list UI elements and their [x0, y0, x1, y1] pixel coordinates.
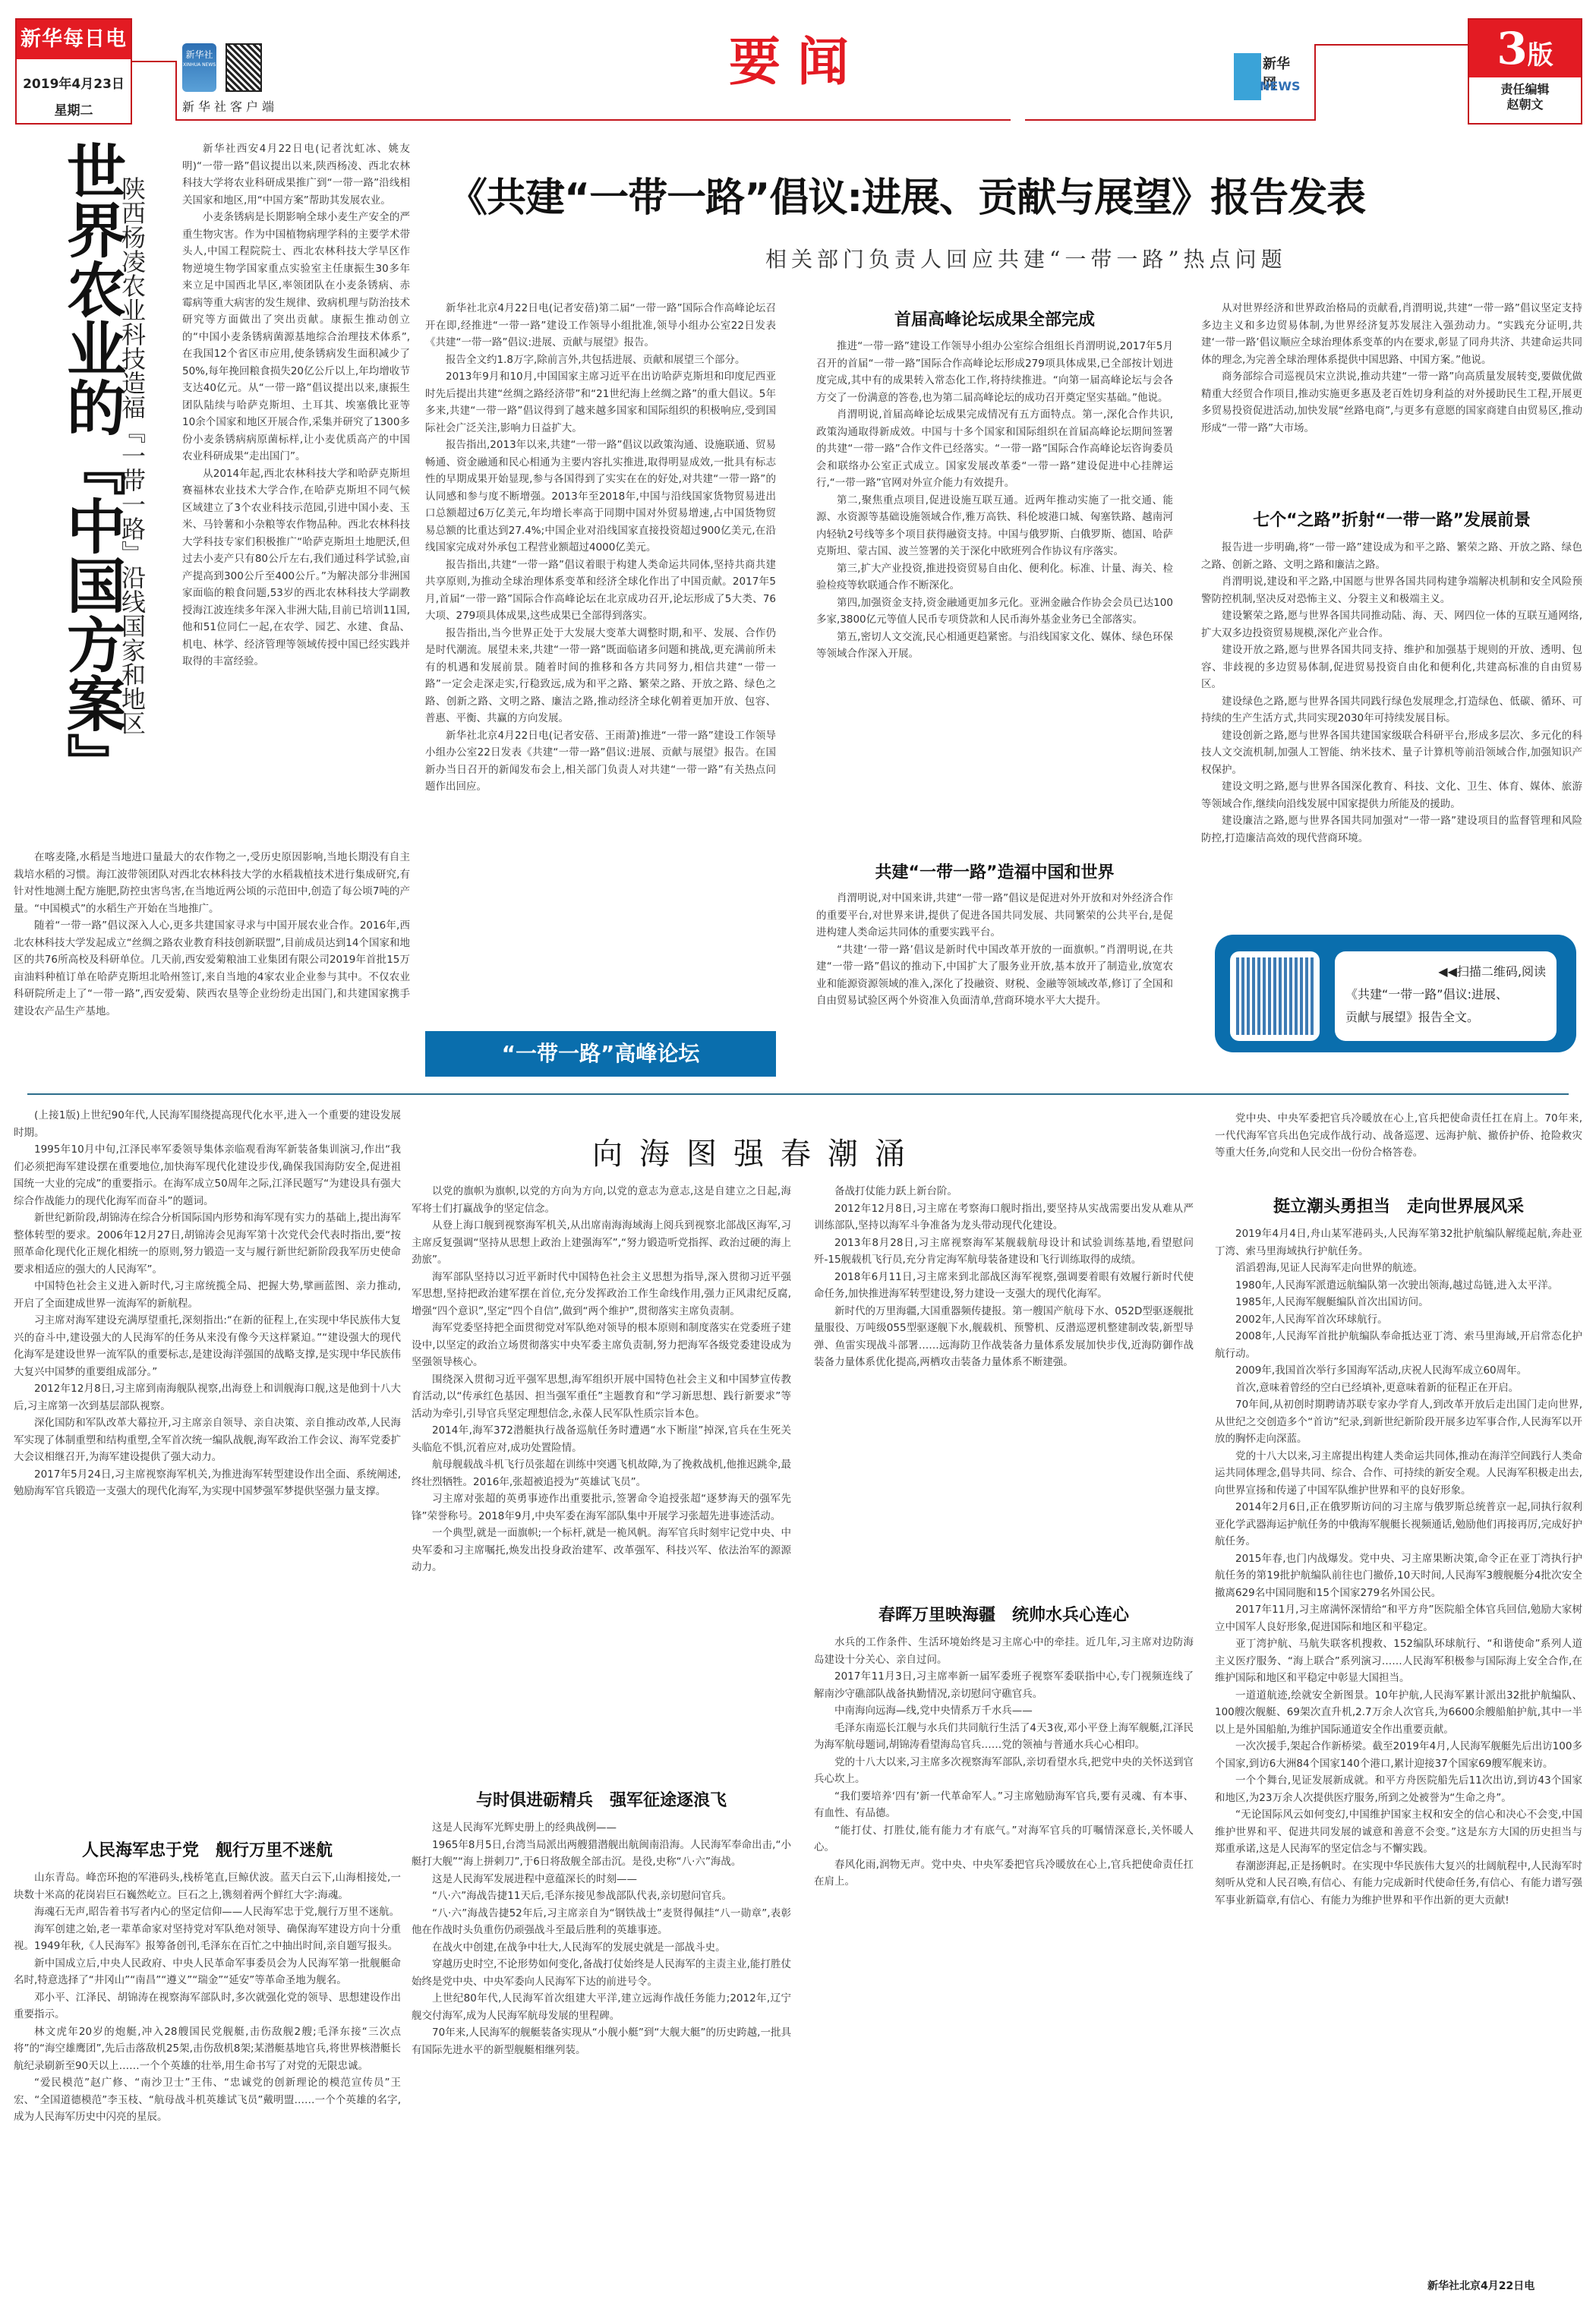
paragraph: 在喀麦隆,水稻是当地进口量最大的农作物之一,受历史原因影响,当地长期没有自主栽培… — [14, 849, 410, 917]
paragraph: “我们要培养‘四有’新一代革命军人。”习主席勉励海军官兵,要有灵魂、有本事、有血… — [814, 1788, 1194, 1822]
masthead-rule — [175, 61, 177, 120]
paragraph: 穿越历史时空,不论形势如何变化,备战打仗始终是人民海军的主责主业,能打胜仗始终是… — [412, 1956, 791, 1990]
paragraph: 上世纪80年代,人民海军首次组建大平洋,建立远海作战任务能力;2012年,辽宁舰… — [412, 1990, 791, 2024]
masthead-rule — [131, 61, 176, 62]
navy-col2b: 这是人民海军光辉史册上的经典战例—— 1965年8月5日,台湾当局派出两艘猎潜舰… — [412, 1819, 791, 2058]
paragraph: (上接1版)上世纪90年代,人民海军围绕提高现代化水平,进入一个重要的建设发展时… — [14, 1107, 401, 1141]
paragraph: “八·六”海战告捷11天后,毛泽东接见参战部队代表,亲切慰问官兵。 — [412, 1888, 791, 1905]
paragraph: 2017年5月24日,习主席视察海军机关,为推进海军转型建设作出全面、系统阐述,… — [14, 1466, 401, 1500]
bri-col2b: 肖渭明说,对中国来讲,共建“一带一路”倡议是促进对外开放和对外经济合作的重要平台… — [816, 890, 1173, 1010]
masthead-paper-box: 新华每日电讯 2019年4月23日 星期二 — [15, 18, 132, 125]
paragraph: 新世纪新阶段,胡锦涛在综合分析国际国内形势和海军现有实力的基础上,提出海军整体转… — [14, 1210, 401, 1278]
paragraph: 习主席对张超的英勇事迹作出重要批示,签署命令追授张超“逐梦海天的强军先锋”荣誉称… — [412, 1490, 791, 1525]
navy-headline: 向海图强春潮涌 — [592, 1130, 922, 1173]
paragraph: 1995年10月中旬,江泽民率军委领导集体亲临观看海军新装备集训演习,作出“我们… — [14, 1141, 401, 1210]
paragraph: 70年来,人民海军的舰艇装备实现从“小舰小艇”到“大舰大艇”的历史跨越,一批具有… — [412, 2024, 791, 2058]
news-logo-n-icon — [1234, 53, 1261, 100]
paragraph: 报告进一步明确,将“一带一路”建设成为和平之路、繁荣之路、开放之路、绿色之路、创… — [1201, 539, 1582, 573]
paragraph: 报告指出,2013年以来,共建“一带一路”倡议以政策沟通、设施联通、贸易畅通、资… — [425, 437, 776, 557]
app-icon-subtext: XINHUA NEWS — [182, 62, 216, 68]
paragraph: 建设创新之路,愿与世界各国共建国家级联合科研平台,形成多层次、多元化的科技人文交… — [1201, 727, 1582, 779]
paragraph: 新华社北京4月22日电(记者安蓓、王雨萧)推进“一带一路”建设工作领导小组办公室… — [425, 727, 776, 796]
bri-col3-subhead: 七个“之路”折射“一带一路”发展前景 — [1201, 507, 1582, 531]
paragraph: 2014年,海军372潜艇执行战备巡航任务时遭遇“水下断崖”掉深,官兵在生死关头… — [412, 1422, 791, 1456]
paragraph: 第四,加强资金支持,资金融通更加多元化。亚洲金融合作协会会员已达100多家,38… — [816, 595, 1173, 629]
agri-headline: 世界农业的『中国方案』 — [34, 140, 125, 792]
paragraph: 新中国成立后,中央人民政府、中央人民革命军事委员会为人民海军第一批舰艇命名时,特… — [14, 1955, 401, 1989]
paragraph: 建设开放之路,愿与世界各国共同支持、维护和加强基于规则的开放、透明、包容、非歧视… — [1201, 642, 1582, 693]
dateline-signature: 新华社北京4月22日电 — [1427, 2278, 1534, 2293]
qr-promo-line2: 《共建“一带一路”倡议:进展、 — [1345, 983, 1546, 1006]
qr-promo-line3: 贡献与展望》报告全文。 — [1345, 1006, 1546, 1029]
paragraph: 林文虎年20岁的炮艇,冲入28艘国民党舰艇,击伤敌舰2艘;毛泽东接“三次点将”的… — [14, 2023, 401, 2075]
editor-name: 赵朝文 — [1469, 97, 1581, 112]
navy-col3-subhead: 春晖万里映海疆 统帅水兵心连心 — [814, 1602, 1194, 1626]
navy-col3b: 水兵的工作条件、生活环境始终是习主席心中的牵挂。近几年,习主席对边防海岛建设十分… — [814, 1634, 1194, 1891]
paragraph: 1980年,人民海军派遣远航编队第一次驶出领海,越过岛链,进入太平洋。 — [1215, 1277, 1582, 1295]
paragraph: 2012年12月8日,习主席到南海舰队视察,出海登上和训舰海口舰,这是他到十八大… — [14, 1380, 401, 1415]
paragraph: 海军党委坚持把全面贯彻党对军队绝对领导的根本原则和制度落实在党委班子建设中,以坚… — [412, 1320, 791, 1371]
paragraph: 一个典型,就是一面旗帜;一个标杆,就是一桅风帆。海军官兵时刻牢记党中央、中央军委… — [412, 1525, 791, 1576]
paragraph: 在战火中创建,在战争中壮大,人民海军的发展史就是一部战斗史。 — [412, 1939, 791, 1957]
bri-col2: 推进“一带一路”建设工作领导小组办公室综合组组长肖渭明说,2017年5月召开的首… — [816, 338, 1173, 663]
xinhua-app-icon[interactable]: 新华社 XINHUA NEWS — [182, 43, 216, 92]
paper-name: 新华每日电讯 — [17, 20, 131, 59]
navy-col3: 备战打仗能力跃上新台阶。 2012年12月8日,习主席在考察海口舰时指出,要坚持… — [814, 1183, 1194, 1371]
paragraph: 党的十八大以来,习主席多次视察海军部队,亲切看望水兵,把党中央的关怀送到官兵心坎… — [814, 1754, 1194, 1788]
paragraph: 第三,扩大产业投资,推进投资贸易自由化、便利化。标准、计量、海关、检验检疫等软联… — [816, 560, 1173, 595]
paragraph: 商务部综合司巡视员宋立洪说,推动共建“一带一路”向高质量发展转变,要做优做精重大… — [1201, 368, 1582, 437]
paragraph: 报告全文约1.8万字,除前言外,共包括进展、贡献和展望三个部分。 — [425, 352, 776, 369]
paragraph: 航母舰载战斗机飞行员张超在训练中突遇飞机故障,为了挽救战机,他推迟跳伞,最终壮烈… — [412, 1456, 791, 1490]
navy-col1: (上接1版)上世纪90年代,人民海军围绕提高现代化水平,进入一个重要的建设发展时… — [14, 1107, 401, 1500]
paragraph: 海军部队坚持以习近平新时代中国特色社会主义思想为指导,深入贯彻习近平强军思想,坚… — [412, 1269, 791, 1320]
bri-col2-subhead2: 共建“一带一路”造福中国和世界 — [816, 860, 1173, 883]
paragraph: 山东青岛。峰峦环抱的军港码头,栈桥笔直,巨鲸伏波。蓝天白云下,山海相接处,一块数… — [14, 1869, 401, 1904]
qr-promo-line1: ◀◀扫描二维码,阅读 — [1345, 960, 1546, 983]
paragraph: 第五,密切人文交流,民心相通更趋紧密。与沿线国家文化、媒体、绿色环保等领域合作深… — [816, 629, 1173, 663]
page-number: 3 — [1497, 23, 1527, 74]
paragraph: 一个个舞台,见证发展新成就。和平方舟医院船先后11次出访,到访43个国家和地区,… — [1215, 1772, 1582, 1806]
bri-headline: 《共建“一带一路”倡议:进展、贡献与展望》报告发表 — [448, 166, 1365, 222]
paragraph: 中国特色社会主义进入新时代,习主席统揽全局、把握大势,擘画蓝图、亲力推动,开启了… — [14, 1278, 401, 1312]
paragraph: 党的十八大以来,习主席提出构建人类命运共同体,推动在海洋空间践行人类命运共同体理… — [1215, 1448, 1582, 1500]
paragraph: 海军创建之始,老一辈革命家对坚持党对军队绝对领导、确保海军建设方向十分重视。19… — [14, 1921, 401, 1955]
navy-col4: 党中央、中央军委把官兵冷暖放在心上,官兵把使命责任扛在肩上。70年来,一代代海军… — [1215, 1110, 1582, 1162]
paragraph: 2008年,人民海军首批护航编队奉命抵达亚丁湾、索马里海域,开启常态化护航行动。 — [1215, 1328, 1582, 1362]
masthead-rule — [1025, 119, 1315, 121]
paragraph: 春风化雨,润物无声。党中央、中央军委把官兵冷暖放在心上,官兵把使命责任扛在肩上。 — [814, 1856, 1194, 1891]
paragraph: 从登上海口舰到视察海军机关,从出席南海海域海上阅兵到视察北部战区海军,习主席反复… — [412, 1217, 791, 1269]
xinhuanet-news-logo: 新华网 NEWS — [1234, 46, 1301, 100]
paragraph: 党中央、中央军委把官兵冷暖放在心上,官兵把使命责任扛在肩上。70年来,一代代海军… — [1215, 1110, 1582, 1162]
news-logo-word: NEWS — [1260, 79, 1301, 93]
paragraph: 肖渭明说,对中国来讲,共建“一带一路”倡议是促进对外开放和对外经济合作的重要平台… — [816, 890, 1173, 942]
bri-col3b: 报告进一步明确,将“一带一路”建设成为和平之路、繁荣之路、开放之路、绿色之路、创… — [1201, 539, 1582, 847]
paragraph: 亚丁湾护航、马航失联客机搜救、152编队环球航行、“和谐使命”系列人道主义医疗服… — [1215, 1635, 1582, 1687]
masthead-rule — [1314, 44, 1316, 121]
agri-subheadline: 陕西杨凌农业科技造福『一带一路』沿线国家和地区 — [115, 176, 146, 735]
paragraph: 这是人民海军发展进程中意蕴深长的时刻—— — [412, 1871, 791, 1888]
paragraph: “能打仗、打胜仗,能有能力才有底气。”对海军官兵的叮嘱情深意长,关怀暖人心。 — [814, 1822, 1194, 1856]
paragraph: 这是人民海军光辉史册上的经典战例—— — [412, 1819, 791, 1837]
paragraph: 建设文明之路,愿与世界各国深化教育、科技、文化、卫生、体育、媒体、旅游等领域合作… — [1201, 778, 1582, 812]
paragraph: 小麦条锈病是长期影响全球小麦生产安全的严重生物灾害。作为中国植物病理学科的主要学… — [182, 209, 410, 465]
paragraph: 2013年8月28日,习主席视察海军某舰载航母设计和试验训练基地,看望慰问歼-1… — [814, 1235, 1194, 1269]
paragraph: “无论国际风云如何变幻,中国维护国家主权和安全的信心和决心不会变,中国维护世界和… — [1215, 1806, 1582, 1858]
paragraph: “八·六”海战告捷52年后,习主席亲自为“钢铁战士”麦贤得佩挂“八一勋章”,表彰… — [412, 1905, 791, 1939]
paragraph: 邓小平、江泽民、胡锦涛在视察海军部队时,多次就强化党的领导、思想建设作出重要指示… — [14, 1989, 401, 2023]
navy-col2: 以党的旗帜为旗帜,以党的方向为方向,以党的意志为意志,这是自建立之日起,海军将士… — [412, 1183, 791, 1576]
navy-col1-subhead: 人民海军忠于党 舰行万里不迷航 — [14, 1837, 401, 1861]
paragraph: “爱民模范”赵广修、“南沙卫士”王伟、“忠诚党的创新理论的模范宣传员”王宏、“全… — [14, 2074, 401, 2126]
agri-body-upper: 新华社西安4月22日电(记者沈虹冰、姚友明)“一带一路”倡议提出以来,陕西杨凌、… — [182, 140, 410, 670]
navy-col2-subhead: 与时俱进砺精兵 强军征途逐浪飞 — [412, 1787, 791, 1811]
paragraph: 随着“一带一路”倡议深入人心,更多共建国家寻求与中国开展农业合作。2016年,西… — [14, 917, 410, 1020]
navy-col4-subhead: 挺立潮头勇担当 走向世界展风采 — [1215, 1194, 1582, 1217]
paragraph: 报告指出,当今世界正处于大发展大变革大调整时期,和平、发展、合作仍是时代潮流。展… — [425, 625, 776, 727]
paragraph: 报告指出,共建“一带一路”倡议着眼于构建人类命运共同体,坚持共商共建共享原则,为… — [425, 557, 776, 625]
bri-col1: 新华社北京4月22日电(记者安蓓)第二届“一带一路”国际合作高峰论坛召开在即,经… — [425, 300, 776, 796]
paragraph: 新华社西安4月22日电(记者沈虹冰、姚友明)“一带一路”倡议提出以来,陕西杨凌、… — [182, 140, 410, 209]
masthead-rule — [175, 119, 1011, 121]
paragraph: 中南海向远海—线,党中央情系万千水兵—— — [814, 1702, 1194, 1720]
paragraph: 春潮澎湃起,正是扬帆时。在实现中华民族伟大复兴的壮阔航程中,人民海军时刻听从党和… — [1215, 1858, 1582, 1910]
paragraph: 从对世界经济和世界政治格局的贡献看,肖渭明说,共建“一带一路”倡议坚定支持多边主… — [1201, 300, 1582, 368]
paragraph: 2009年,我国首次举行多国海军活动,庆祝人民海军成立60周年。 — [1215, 1362, 1582, 1380]
paragraph: 2013年9月和10月,中国国家主席习近平在出访哈萨克斯坦和印度尼西亚时先后提出… — [425, 368, 776, 437]
page-number-box: 3版 责任编辑 赵朝文 — [1468, 18, 1582, 125]
paragraph: 建设繁荣之路,愿与世界各国共同推动陆、海、天、网四位一体的互联互通网络,扩大双多… — [1201, 607, 1582, 642]
paragraph: 首次,意味着曾经的空白已经填补,更意味着新的征程正在开启。 — [1215, 1380, 1582, 1397]
section-title: 要闻 — [729, 21, 866, 95]
issue-weekday: 星期二 — [17, 99, 131, 118]
paragraph: 建设廉洁之路,愿与世界各国共同加强对“一带一路”建设项目的监督管理和风险防控,打… — [1201, 812, 1582, 847]
qr-code-icon[interactable] — [226, 43, 262, 92]
paragraph: 第二,聚焦重点项目,促进设施互联互通。近两年推动实施了一批交通、能源、水资源等基… — [816, 492, 1173, 560]
issue-date: 2019年4月23日 — [17, 73, 131, 92]
paragraph: 2015年春,也门内战爆发。党中央、习主席果断决策,命令正在亚丁湾执行护航任务的… — [1215, 1550, 1582, 1602]
paragraph: 围绕深入贯彻习近平强军思想,海军组织开展中国特色社会主义和中国梦宣传教育活动,以… — [412, 1371, 791, 1423]
paragraph: 70年间,从初创时期聘请苏联专家办学育人,到改革开放后走出国门走向世界,从世纪之… — [1215, 1396, 1582, 1448]
app-label: 新华社客户端 — [182, 97, 278, 115]
paragraph: 2002年,人民海军首次环球航行。 — [1215, 1311, 1582, 1329]
report-qr-promo[interactable]: ◀◀扫描二维码,阅读 《共建“一带一路”倡议:进展、 贡献与展望》报告全文。 — [1215, 935, 1576, 1052]
page-suffix: 版 — [1528, 40, 1553, 71]
bri-col3: 从对世界经济和世界政治格局的贡献看,肖渭明说,共建“一带一路”倡议坚定支持多边主… — [1201, 300, 1582, 437]
editor-label: 责任编辑 — [1469, 82, 1581, 97]
section-divider — [27, 1093, 1569, 1095]
paragraph: 1985年,人民海军舰艇编队首次出国访问。 — [1215, 1294, 1582, 1311]
paragraph: 水兵的工作条件、生活环境始终是习主席心中的牵挂。近几年,习主席对边防海岛建设十分… — [814, 1634, 1194, 1668]
paragraph: “共建‘一带一路’倡议是新时代中国改革开放的一面旗帜。”肖渭明说,在共建“一带一… — [816, 942, 1173, 1010]
paragraph: 习主席对海军建设充满厚望重托,深刻指出:“在新的征程上,在实现中华民族伟大复兴的… — [14, 1312, 401, 1380]
bri-subheadline: 相关部门负责人回应共建“一带一路”热点问题 — [765, 243, 1287, 273]
paragraph: 1965年8月5日,台湾当局派出两艘猎潜舰出航闽南沿海。人民海军奉命出击,“小艇… — [412, 1837, 791, 1871]
paragraph: 滔滔碧海,见证人民海军走向世界的航迹。 — [1215, 1260, 1582, 1277]
paragraph: 以党的旗帜为旗帜,以党的方向为方向,以党的意志为意志,这是自建立之日起,海军将士… — [412, 1183, 791, 1217]
summit-banner: “一带一路”高峰论坛 — [425, 1031, 776, 1077]
navy-col1b: 山东青岛。峰峦环抱的军港码头,栈桥笔直,巨鲸伏波。蓝天白云下,山海相接处,一块数… — [14, 1869, 401, 2126]
masthead-rule — [1314, 44, 1468, 46]
paragraph: 毛泽东南巡长江舰与水兵们共同航行生活了4天3夜,邓小平登上海军舰艇,江泽民为海军… — [814, 1720, 1194, 1754]
navy-col4b: 2019年4月4日,舟山某军港码头,人民海军第32批护航编队解缆起航,奔赴亚丁湾… — [1215, 1225, 1582, 1909]
paragraph: 推进“一带一路”建设工作领导小组办公室综合组组长肖渭明说,2017年5月召开的首… — [816, 338, 1173, 406]
report-qr-code-icon[interactable] — [1230, 951, 1320, 1041]
paragraph: 建设绿色之路,愿与世界各国共同践行绿色发展理念,打造绿色、低碳、循环、可持续的生… — [1201, 693, 1582, 727]
paragraph: 肖渭明说,首届高峰论坛成果完成情况有五方面特点。第一,深化合作共识,政策沟通取得… — [816, 406, 1173, 492]
paragraph: 2019年4月4日,舟山某军港码头,人民海军第32批护航编队解缆起航,奔赴亚丁湾… — [1215, 1225, 1582, 1260]
paragraph: 2012年12月8日,习主席在考察海口舰时指出,要坚持从实战需要出发从难从严训练… — [814, 1200, 1194, 1235]
paragraph: 2014年2月6日,正在俄罗斯访问的习主席与俄罗斯总统普京一起,同执行叙利亚化学… — [1215, 1499, 1582, 1550]
paragraph: 一次次援手,架起合作新桥梁。截至2019年4月,人民海军舰艇先后出访100多个国… — [1215, 1738, 1582, 1772]
paragraph: 备战打仗能力跃上新台阶。 — [814, 1183, 1194, 1200]
paragraph: 深化国防和军队改革大幕拉开,习主席亲自领导、亲自决策、亲自推动改革,人民海军实现… — [14, 1415, 401, 1466]
paragraph: 海魂石无声,昭告着书写者内心的坚定信仰——人民海军忠于党,舰行万里不迷航。 — [14, 1904, 401, 1921]
paragraph: 2017年11月3日,习主席率新一届军委班子视察军委联指中心,专门视频连线了解南… — [814, 1668, 1194, 1702]
bri-col2-subhead: 首届高峰论坛成果全部完成 — [816, 307, 1173, 330]
agri-body-lower: 在喀麦隆,水稻是当地进口量最大的农作物之一,受历史原因影响,当地长期没有自主栽培… — [14, 849, 410, 1020]
paragraph: 新时代的万里海疆,大国重器频传捷报。第一艘国产航母下水、052D型驱逐舰批量服役… — [814, 1303, 1194, 1371]
paragraph: 2018年6月11日,习主席来到北部战区海军视察,强调要着眼有效履行新时代使命任… — [814, 1269, 1194, 1303]
paragraph: 2017年11月,习主席满怀深情给“和平方舟”医院船全体官兵回信,勉励大家树立中… — [1215, 1601, 1582, 1635]
paragraph: 一道道航迹,绘就安全新图景。10年护航,人民海军累计派出32批护航编队、100艘… — [1215, 1687, 1582, 1739]
paragraph: 新华社北京4月22日电(记者安蓓)第二届“一带一路”国际合作高峰论坛召开在即,经… — [425, 300, 776, 352]
paragraph: 肖渭明说,建设和平之路,中国愿与世界各国共同构建争端解决机制和安全风险预警防控机… — [1201, 573, 1582, 607]
app-icon-text: 新华社 — [182, 48, 216, 61]
paragraph: 从2014年起,西北农林科技大学和哈萨克斯坦赛福林农业技术大学合作,在哈萨克斯坦… — [182, 465, 410, 670]
